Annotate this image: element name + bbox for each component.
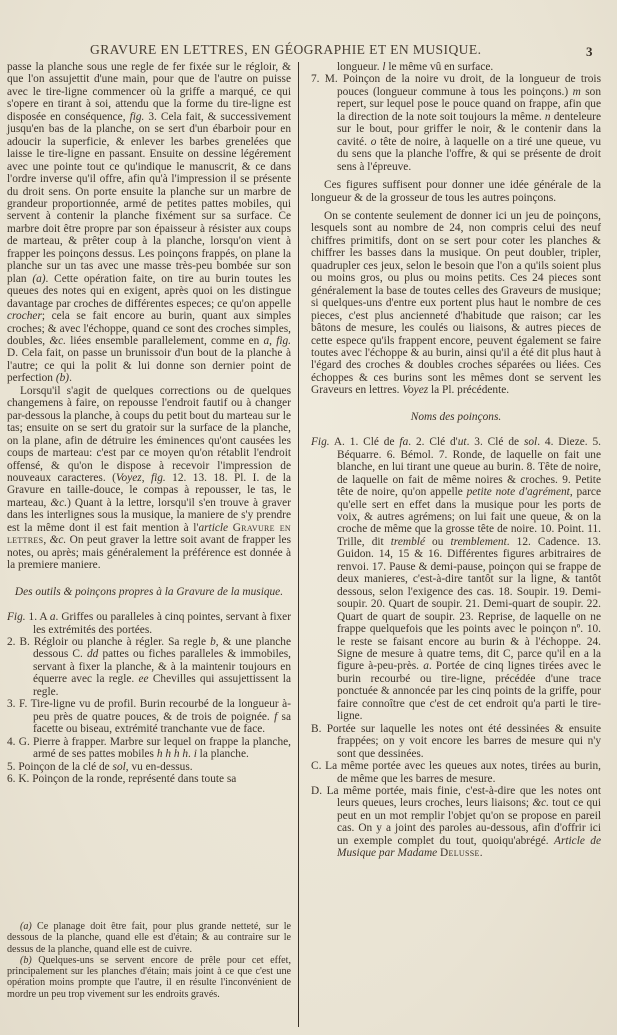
paragraph-punch-set: On se contente seulement de donner ici u… [311, 210, 601, 397]
list-item-fig-5: 5. Poinçon de la clé de sol, vu en-dessu… [7, 761, 291, 773]
list-item-fig-d: D. La même portée, mais finie, c'est-à-d… [311, 785, 601, 860]
paragraph-figures-suffice: Ces figures suffisent pour donner une id… [311, 179, 601, 204]
page-header-title: GRAVURE EN LETTRES, EN GÉOGRAPHIE ET EN … [90, 42, 530, 58]
footnote-ref-a: (a) [32, 273, 45, 285]
footnote-a: (a) Ce planage doit être fait, pour plus… [7, 921, 291, 955]
list-item-fig-2: 2. B. Régloir ou planche à régler. Sa re… [7, 636, 291, 698]
list-item-fig-4: 4. G. Pierre à frapper. Marbre sur leque… [7, 736, 291, 761]
paragraph-engraving-process: passe la planche sous une regle de fer f… [7, 61, 291, 385]
list-item-fig-6: 6. K. Poinçon de la ronde, représenté da… [7, 773, 291, 785]
author-name: Delusse [440, 847, 480, 859]
running-head: GRAVURE EN LETTRES, EN GÉOGRAPHIE ET EN … [0, 42, 617, 62]
left-column: passe la planche sous une regle de fer f… [7, 61, 291, 785]
section-heading-tools: Des outils & poinçons propres à la Gravu… [11, 586, 287, 600]
paragraph-corrections: Lorsqu'il s'agit de quelques corrections… [7, 385, 291, 572]
list-item-fig-3: 3. F. Tire-ligne vu de profil. Burin rec… [7, 698, 291, 735]
page-number: 3 [586, 44, 593, 60]
footnote-ref-b: (b) [56, 372, 69, 384]
footnote-b: (b) Quelques-uns se servent encore de pr… [7, 955, 291, 1000]
page: GRAVURE EN LETTRES, EN GÉOGRAPHIE ET EN … [0, 0, 617, 1035]
list-item-fig-c: C. La même portée avec les queues aux no… [311, 760, 601, 785]
list-item-fig-7: 7. M. Poinçon de la noire vu droit, de l… [311, 73, 601, 173]
footnotes: (a) Ce planage doit être fait, pour plus… [7, 921, 291, 1000]
right-column: longueur. l le même vû en surface. 7. M.… [311, 61, 601, 860]
list-item-fig-1: Fig. 1. A a. Griffes ou paralleles à cin… [7, 611, 291, 636]
section-heading-punch-names: Noms des poinçons. [315, 411, 597, 425]
list-item-fig-b: B. Portée sur laquelle les notes ont été… [311, 723, 601, 760]
list-item-fig-a: Fig. A. 1. Clé de fa. 2. Clé d'ut. 3. Cl… [311, 436, 601, 722]
continued-item-6: longueur. l le même vû en surface. [311, 61, 601, 73]
column-divider [298, 62, 299, 1027]
